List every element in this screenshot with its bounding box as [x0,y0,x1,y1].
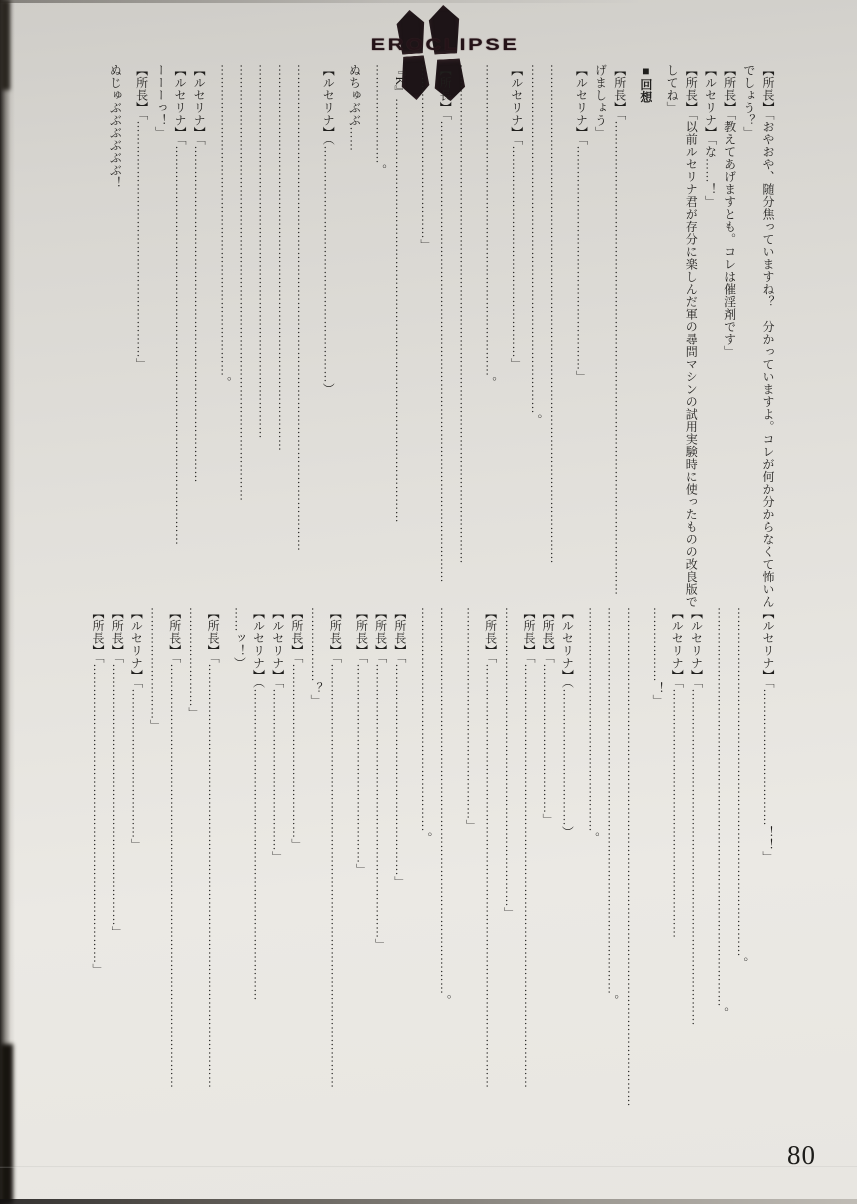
scanned-book-page: EROCLIPSE 【所長】「おやおや、随分焦っていますね？ 分かっていますよ。… [0,0,857,1204]
text-column: ……………………………………………………………………………………………………… [292,64,311,614]
text-column: ……………………………………」 [416,64,435,614]
text-column: 【ルセリナ】「……………………………………………………………………… [189,64,208,614]
text-column: 【所長】「…………………………………………」 [351,607,370,1155]
text-column: 【ルセリナ】「…………………………………………………… [667,607,686,1155]
text-column: ………………………………………………。 [416,607,435,1155]
text-column: してね」 [662,64,681,614]
text-column: ………………！」 [648,607,667,1155]
vertical-text-band-bottom: 【ルセリナ】「……………………………！！」 ………………………………………………… [59,607,777,1155]
text-column: ぬじゅぶぶぶぶぶぶ！ [105,64,124,614]
text-column: 【ルセリナ】（……………………………） [557,607,576,1155]
text-column: 【所長】「……………………………………………………………………………………………… [435,64,454,614]
text-column: ………………………………………………………………………………… [273,64,292,614]
text-column: ……………………」 [184,607,203,1155]
text-column: …………………………………………………………………………。 [732,607,751,1155]
logo-text: EROCLIPSE [300,35,589,55]
text-column: 【ルセリナ】「……………………………………………」 [507,64,526,614]
text-column: 【所長】「………………………………………………………………………………………… [165,607,184,1155]
text-column: ………………………………………………………………………………………………………… [622,607,641,1155]
section-header: ■回想 [636,64,655,614]
text-column: 【所長】「………………………………………………………………」 [88,607,107,1155]
text-column: 【ルセリナ】「…………………………………………………………………………………… [170,64,189,614]
text-column: …………………………………………………………………………。 [526,64,545,614]
text-column: 【所長】「………………………………………………………………………………………… [519,607,538,1155]
text-column: 【所長】「………………………………………………………………………………………… [480,607,499,1155]
text-column: …………………………………………………………………。 [480,64,499,614]
text-column: ……………………………………………………………………………………。 [712,607,731,1155]
text-column: 【所長】「……………………………………………」 [390,607,409,1155]
text-column: 【ルセリナ】「……………………………！！」 [758,607,777,1155]
text-column: 【所長】「教えてあげますとも。コレは催淫剤です」 [719,64,738,614]
text-column: でしょう？」 [739,64,758,614]
left-edge-shadow [0,0,15,1204]
text-column: 【ルセリナ】「……………………………………………………………………… [686,607,705,1155]
text-column: ………………………………………………………………………………………………………… [545,64,564,614]
text-column: ………………………」 [145,607,164,1155]
top-edge-shadow [0,0,857,3]
text-column: 【ルセリナ】「………………………………………………」 [571,64,590,614]
text-column: ……………………………………………」 [461,607,480,1155]
text-column: 【所長】「…………………………………………………」 [131,64,150,614]
bottom-left-scan-blotch [0,1044,13,1204]
text-column: 【所長】「…………………………………………………………」 [370,607,389,1155]
page-number: 80 [787,1140,816,1171]
text-column: …………………………………………………………………………………。 [603,607,622,1155]
text-column: ………………………………………………………………………………………………………… [454,64,473,614]
vertical-text-band-top: 【所長】「おやおや、随分焦っていますね？ 分かっていますよ。コレが何か分からなく… [59,64,777,614]
text-column: 【ルセリナ】（…………………………………………………） [318,64,337,614]
text-column: 【所長】「……………………………………」 [287,607,306,1155]
text-column: 【所長】「おやおや、随分焦っていますね？ 分かっていますよ。コレが何か分からなく… [758,64,777,614]
text-column: ……………………………………………………………………………… [254,64,273,614]
text-column: 『K』………………………………………………………………………………………… [390,64,409,614]
text-column: 【所長】「………………………………………………………………………………………… [203,607,222,1155]
text-column: ……………………。 [370,64,389,614]
text-column: ーーーっ！」 [151,64,170,614]
paper-crease-line [0,1166,857,1168]
bottom-edge-shadow [0,1199,857,1204]
text-column: 【ルセリナ】「………………………………」 [126,607,145,1155]
text-column: 【ルセリナ】「…………………………………」 [268,607,287,1155]
text-column: ……ッ！） [229,607,248,1155]
text-column: …………………………………………………………………………………。 [435,607,454,1155]
text-column: 【ルセリナ】「な……！」 [700,64,719,614]
text-column: …………………………………………………………………………………………… [234,64,253,614]
text-column: 【ルセリナ】（………………………………………………………………… [248,607,267,1155]
top-left-scan-blotch [0,0,10,90]
text-column: 【所長】「……………………………………………………………………………………………… [610,64,629,614]
text-column: ぬちゅぶぶ…… [344,64,363,614]
text-column: 【所長】「………………………………」 [538,607,557,1155]
text-column: ………………………………………………。 [583,607,602,1155]
text-column: 【所長】「以前ルセリナ君が存分に楽しんだ軍の尋問マシンの試用実験時に使ったものの… [681,64,700,614]
text-column: …………………………………………………………………。 [215,64,234,614]
text-column: 【所長】「………………………………………………………………………………………… [325,607,344,1155]
text-column: 【所長】「………………………………………………………」 [107,607,126,1155]
text-column: ………………………………………………………………」 [500,607,519,1155]
text-column: ………………？」 [306,607,325,1155]
text-column: げましょう」 [590,64,609,614]
